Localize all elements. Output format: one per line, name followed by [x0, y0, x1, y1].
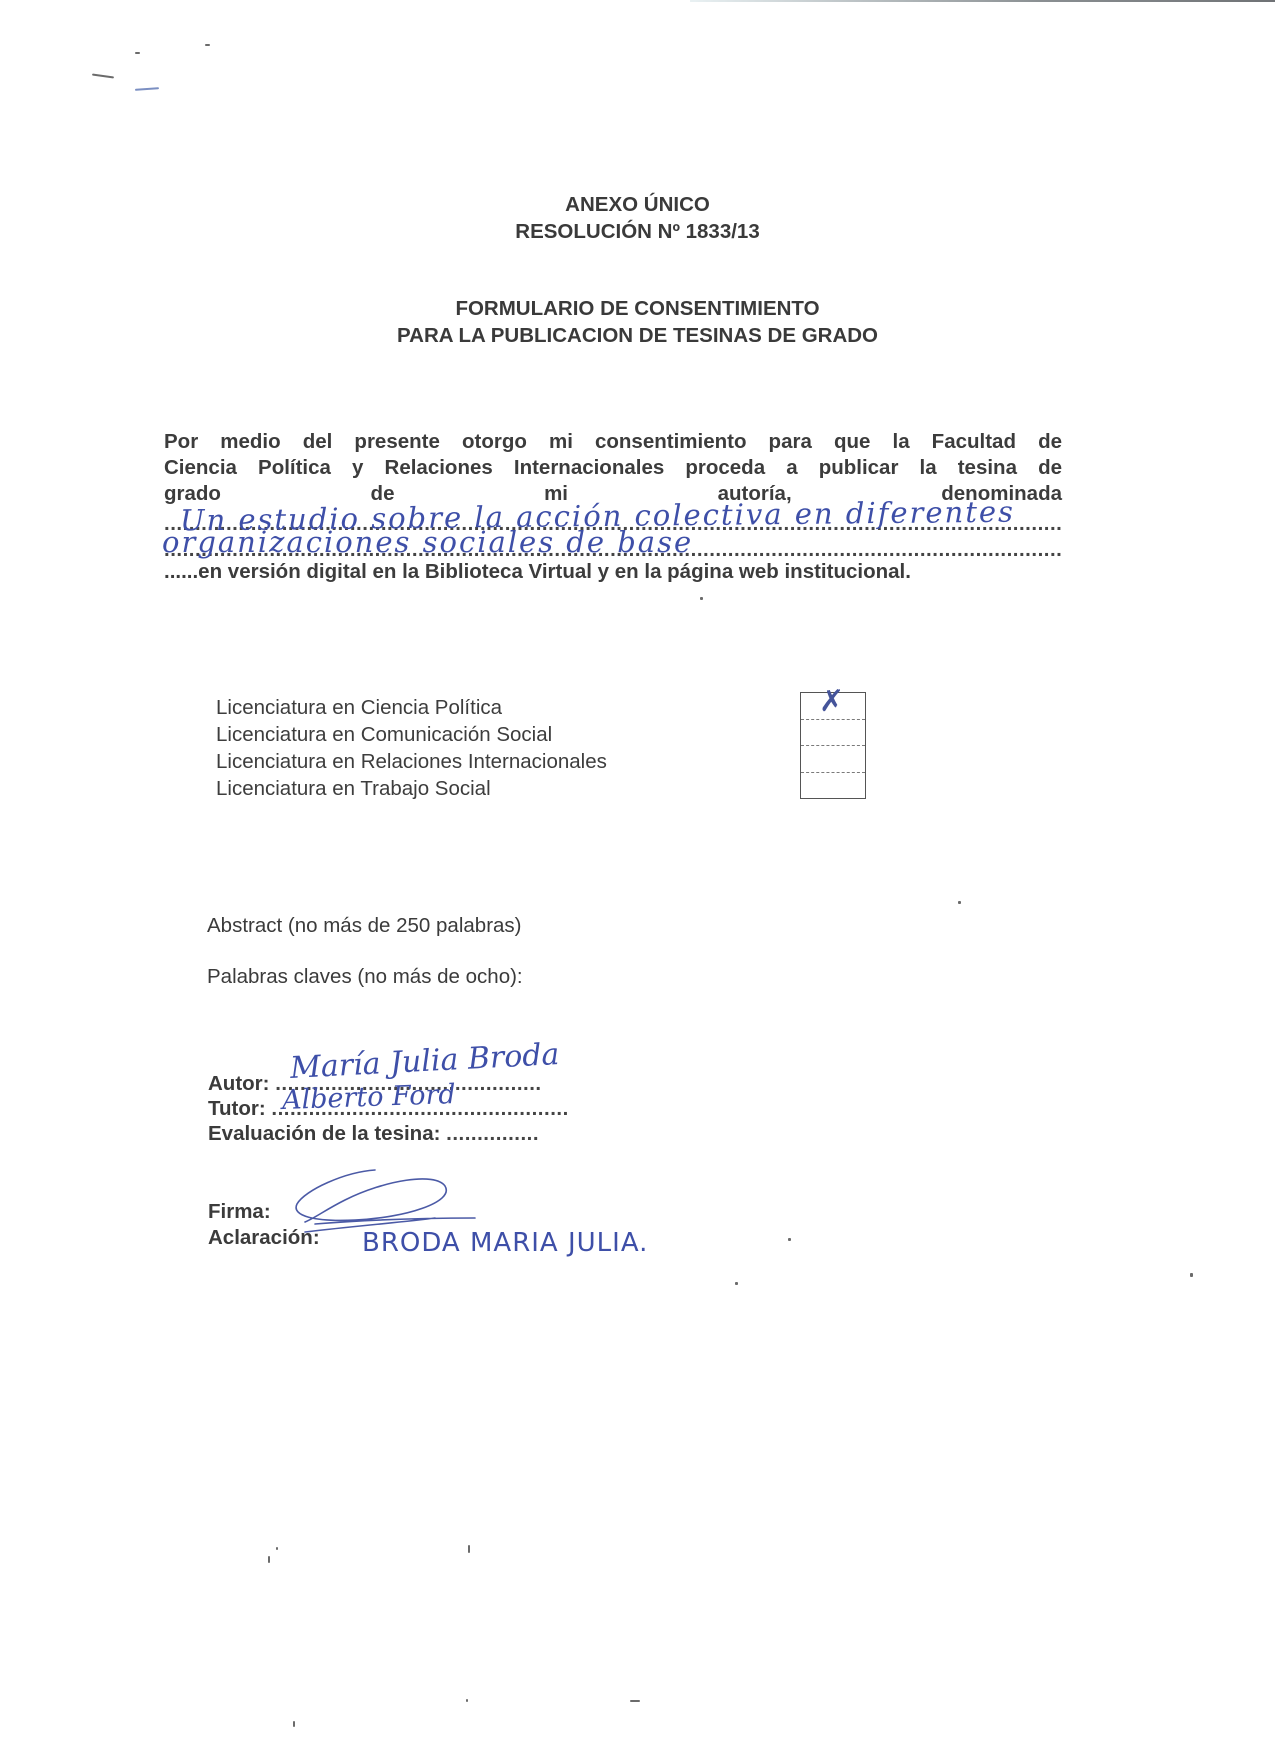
handwritten-thesis-title-line2: organizaciones sociales de base [162, 525, 693, 559]
tutor-label: Tutor: [208, 1097, 266, 1120]
scan-speck [958, 901, 961, 904]
evaluation-label: Evaluación de la tesina: [208, 1122, 440, 1145]
consent-text: Por medio del presente otorgo mi consent… [164, 429, 1062, 455]
abstract-label: Abstract (no más de 250 palabras) [207, 914, 522, 938]
degree-option-trabajo-social: Licenciatura en Trabajo Social [216, 775, 607, 802]
scan-speck [92, 73, 114, 78]
scan-speck [135, 52, 140, 54]
annex-title: ANEXO ÚNICO [0, 192, 1275, 218]
checkbox-relaciones-internacionales[interactable] [801, 746, 865, 773]
degree-checkbox-column: ✗ [800, 692, 866, 799]
scan-speck [205, 44, 210, 46]
consent-text: Ciencia Política y Relaciones Internacio… [164, 455, 1062, 481]
checkbox-comunicacion-social[interactable] [801, 720, 865, 747]
scan-speck [630, 1700, 640, 1702]
scan-speck [293, 1721, 295, 1727]
clarification-label: Aclaración: [208, 1226, 320, 1250]
scan-speck [468, 1545, 470, 1553]
consent-final-line: ......en versión digital en la Bibliotec… [164, 559, 1062, 585]
evaluation-row: Evaluación de la tesina: ............... [208, 1122, 539, 1146]
scan-edge-shadow [690, 0, 1275, 2]
degree-option-relaciones-internacionales: Licenciatura en Relaciones Internacional… [216, 748, 607, 775]
degree-option-comunicacion-social: Licenciatura en Comunicación Social [216, 721, 607, 748]
scan-speck [700, 597, 703, 600]
signature-label: Firma: [208, 1200, 271, 1224]
handwritten-clarification: BRODA MARIA JULIA. [362, 1228, 648, 1258]
keywords-label: Palabras claves (no más de ocho): [207, 965, 523, 989]
evaluation-field[interactable]: ............... [446, 1122, 539, 1145]
form-title-line2: PARA LA PUBLICACION DE TESINAS DE GRADO [0, 323, 1275, 349]
check-x-icon: ✗ [819, 687, 844, 717]
consent-line-1: Por medio del presente otorgo mi consent… [164, 429, 1062, 455]
scan-speck [135, 87, 159, 91]
form-title-line1: FORMULARIO DE CONSENTIMIENTO [0, 296, 1275, 322]
checkbox-trabajo-social[interactable] [801, 773, 865, 799]
consent-line-2: Ciencia Política y Relaciones Internacio… [164, 455, 1062, 481]
scan-speck [466, 1699, 468, 1702]
scan-speck [276, 1547, 278, 1550]
scan-speck [788, 1238, 791, 1241]
scan-speck [735, 1282, 738, 1285]
checkbox-ciencia-politica[interactable]: ✗ [801, 693, 865, 720]
degree-options-list: Licenciatura en Ciencia Política Licenci… [216, 694, 607, 802]
handwritten-tutor-name: Alberto Ford [282, 1079, 457, 1116]
degree-option-ciencia-politica: Licenciatura en Ciencia Política [216, 694, 607, 721]
scan-speck [268, 1556, 270, 1563]
author-label: Autor: [208, 1072, 269, 1095]
scan-speck [1190, 1273, 1193, 1277]
resolution-number: RESOLUCIÓN Nº 1833/13 [0, 219, 1275, 245]
